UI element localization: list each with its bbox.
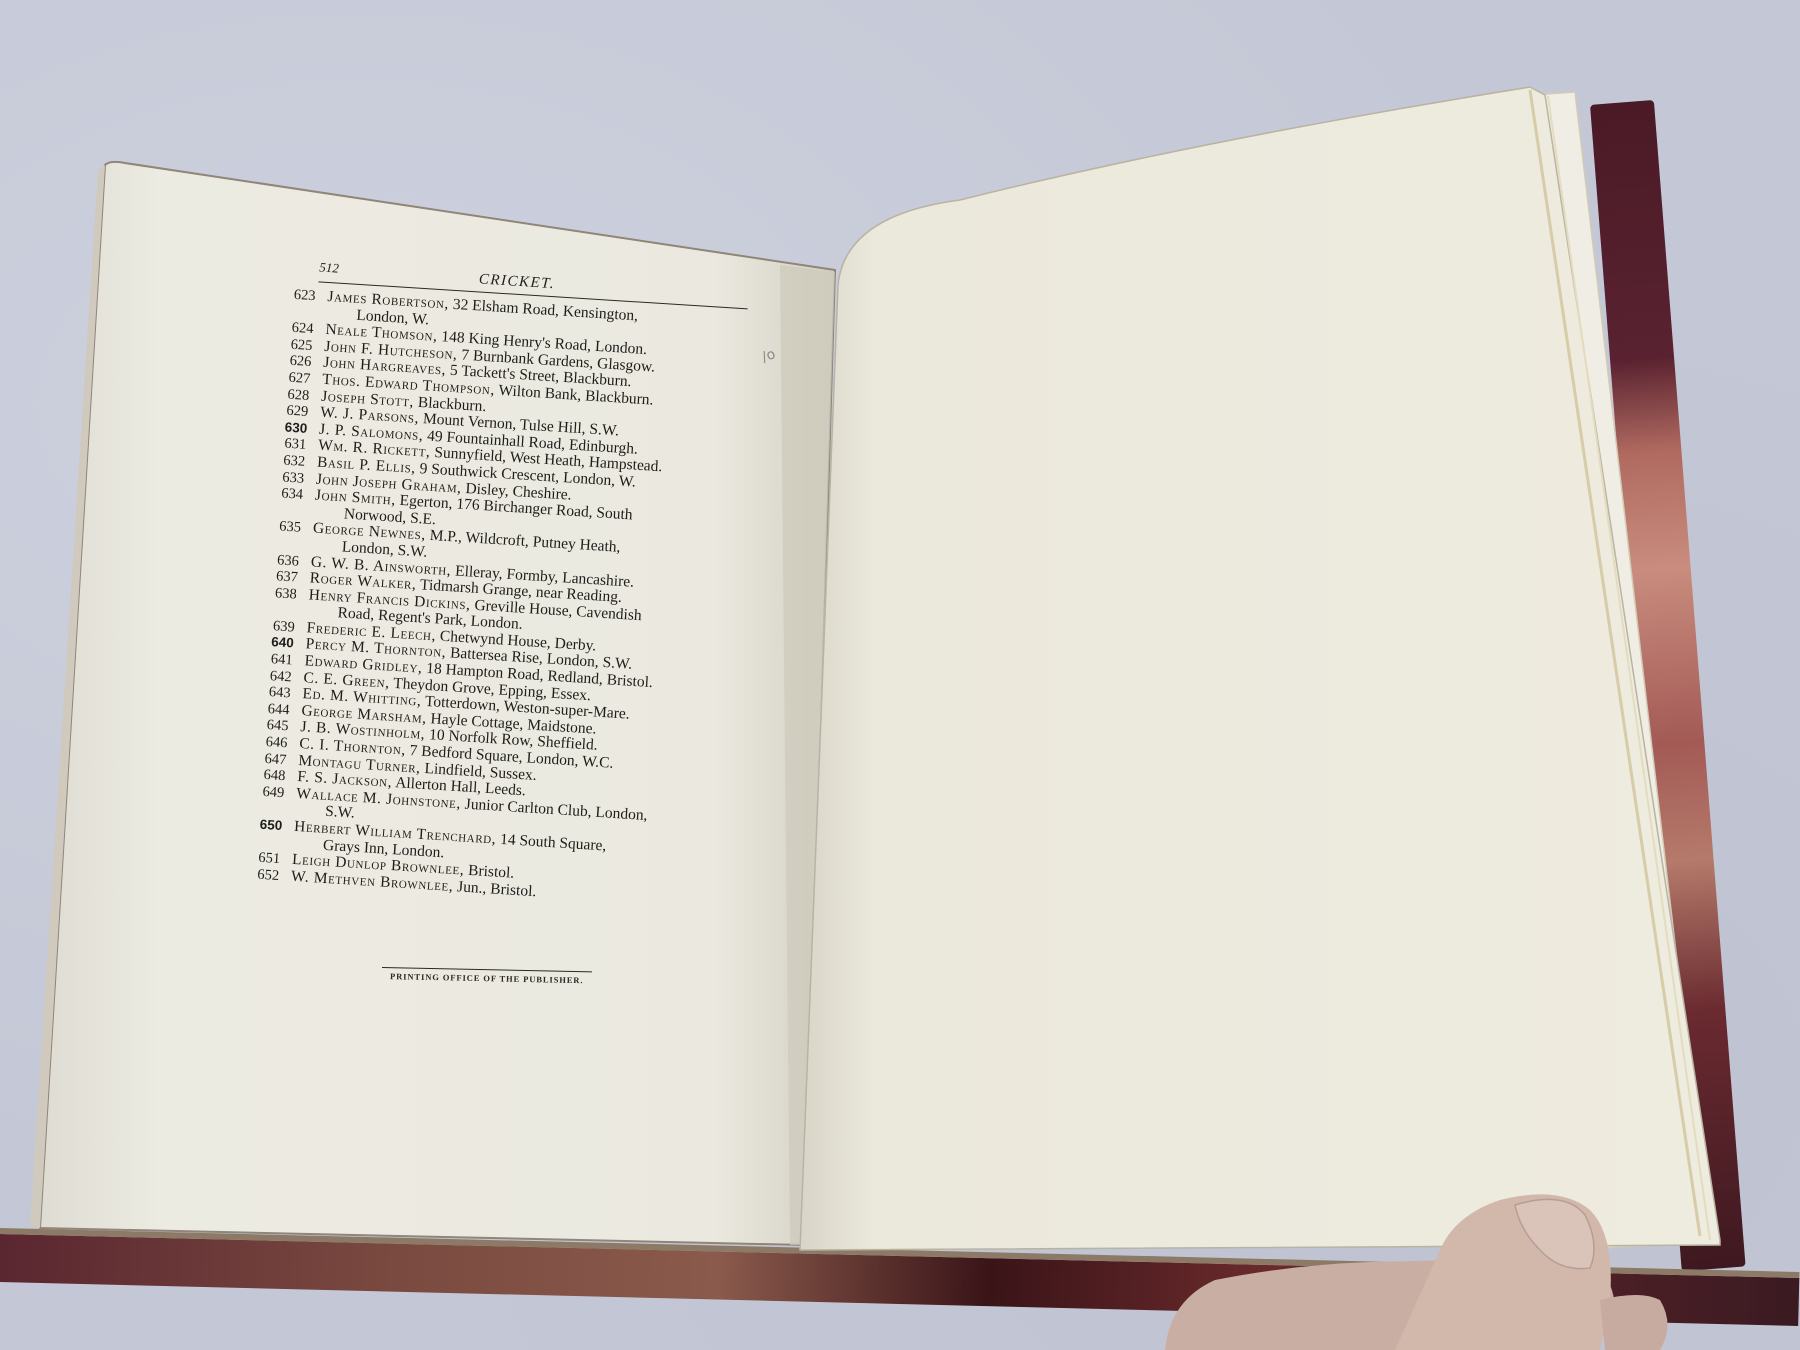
subscriber-list: 623James Robertson, 32 Elsham Road, Kens…	[211, 284, 748, 912]
entry-number: 649	[215, 781, 297, 819]
entry-number: 638	[227, 582, 309, 620]
page-number: 512	[319, 259, 340, 277]
entry-number: 650	[213, 814, 295, 852]
left-page-text: 512 CRICKET. 623James Robertson, 32 Elsh…	[211, 255, 749, 912]
entry-number: 634	[234, 483, 316, 521]
entry-number: 635	[232, 516, 314, 554]
photo-scene: 512 CRICKET. 623James Robertson, 32 Elsh…	[0, 0, 1800, 1350]
entry-number: 623	[246, 284, 328, 322]
running-head-title: CRICKET.	[478, 271, 555, 292]
